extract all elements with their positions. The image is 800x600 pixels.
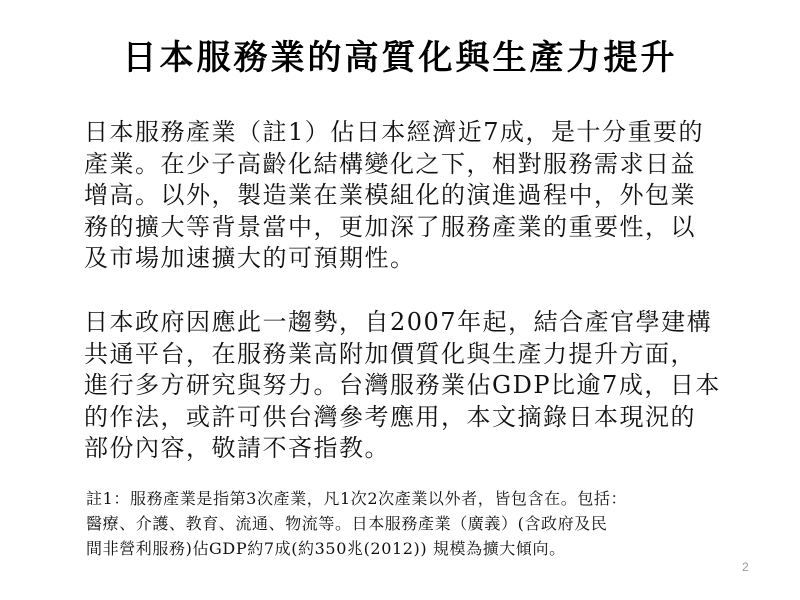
- paragraph-line: 共通平台，在服務業高附加價質化與生產力提升方面，: [84, 339, 734, 371]
- paragraph-line: 的作法，或許可供台灣參考應用，本文摘錄日本現況的: [84, 402, 734, 434]
- slide-title: 日本服務業的高質化與生產力提升: [0, 36, 800, 80]
- slide: 日本服務業的高質化與生產力提升 日本服務產業（註1）佔日本經濟近7成，是十分重要…: [0, 0, 800, 600]
- paragraph-line: 產業。在少子高齡化結構變化之下，相對服務需求日益: [84, 149, 734, 181]
- paragraph-line: 部份內容，敬請不吝指教。: [84, 433, 734, 465]
- paragraph-line: 日本服務產業（註1）佔日本經濟近7成，是十分重要的: [84, 117, 734, 149]
- paragraph-1: 日本服務產業（註1）佔日本經濟近7成，是十分重要的 產業。在少子高齡化結構變化之…: [84, 117, 734, 275]
- paragraph-2: 日本政府因應此一趨勢，自2007年起，結合產官學建構 共通平台，在服務業高附加價…: [84, 307, 734, 465]
- page-number: 2: [742, 560, 749, 574]
- paragraph-line: 進行多方研究與努力。台灣服務業佔GDP比逾7成，日本: [84, 370, 734, 402]
- paragraph-line: 日本政府因應此一趨勢，自2007年起，結合產官學建構: [84, 307, 734, 339]
- footnote-line: 註1：服務產業是指第3次產業，凡1次2次產業以外者，皆包含在。包括：: [86, 486, 736, 511]
- paragraph-line: 務的擴大等背景當中，更加深了服務產業的重要性，以: [84, 212, 734, 244]
- footnote-line: 間非營利服務)佔GDP約7成(約350兆(2012)) 規模為擴大傾向。: [86, 536, 736, 561]
- paragraph-line: 增高。以外，製造業在業模組化的演進過程中，外包業: [84, 180, 734, 212]
- footnote: 註1：服務產業是指第3次產業，凡1次2次產業以外者，皆包含在。包括： 醫療、介護…: [86, 486, 736, 561]
- paragraph-line: 及市場加速擴大的可預期性。: [84, 243, 734, 275]
- footnote-line: 醫療、介護、教育、流通、物流等。日本服務產業（廣義）(含政府及民: [86, 511, 736, 536]
